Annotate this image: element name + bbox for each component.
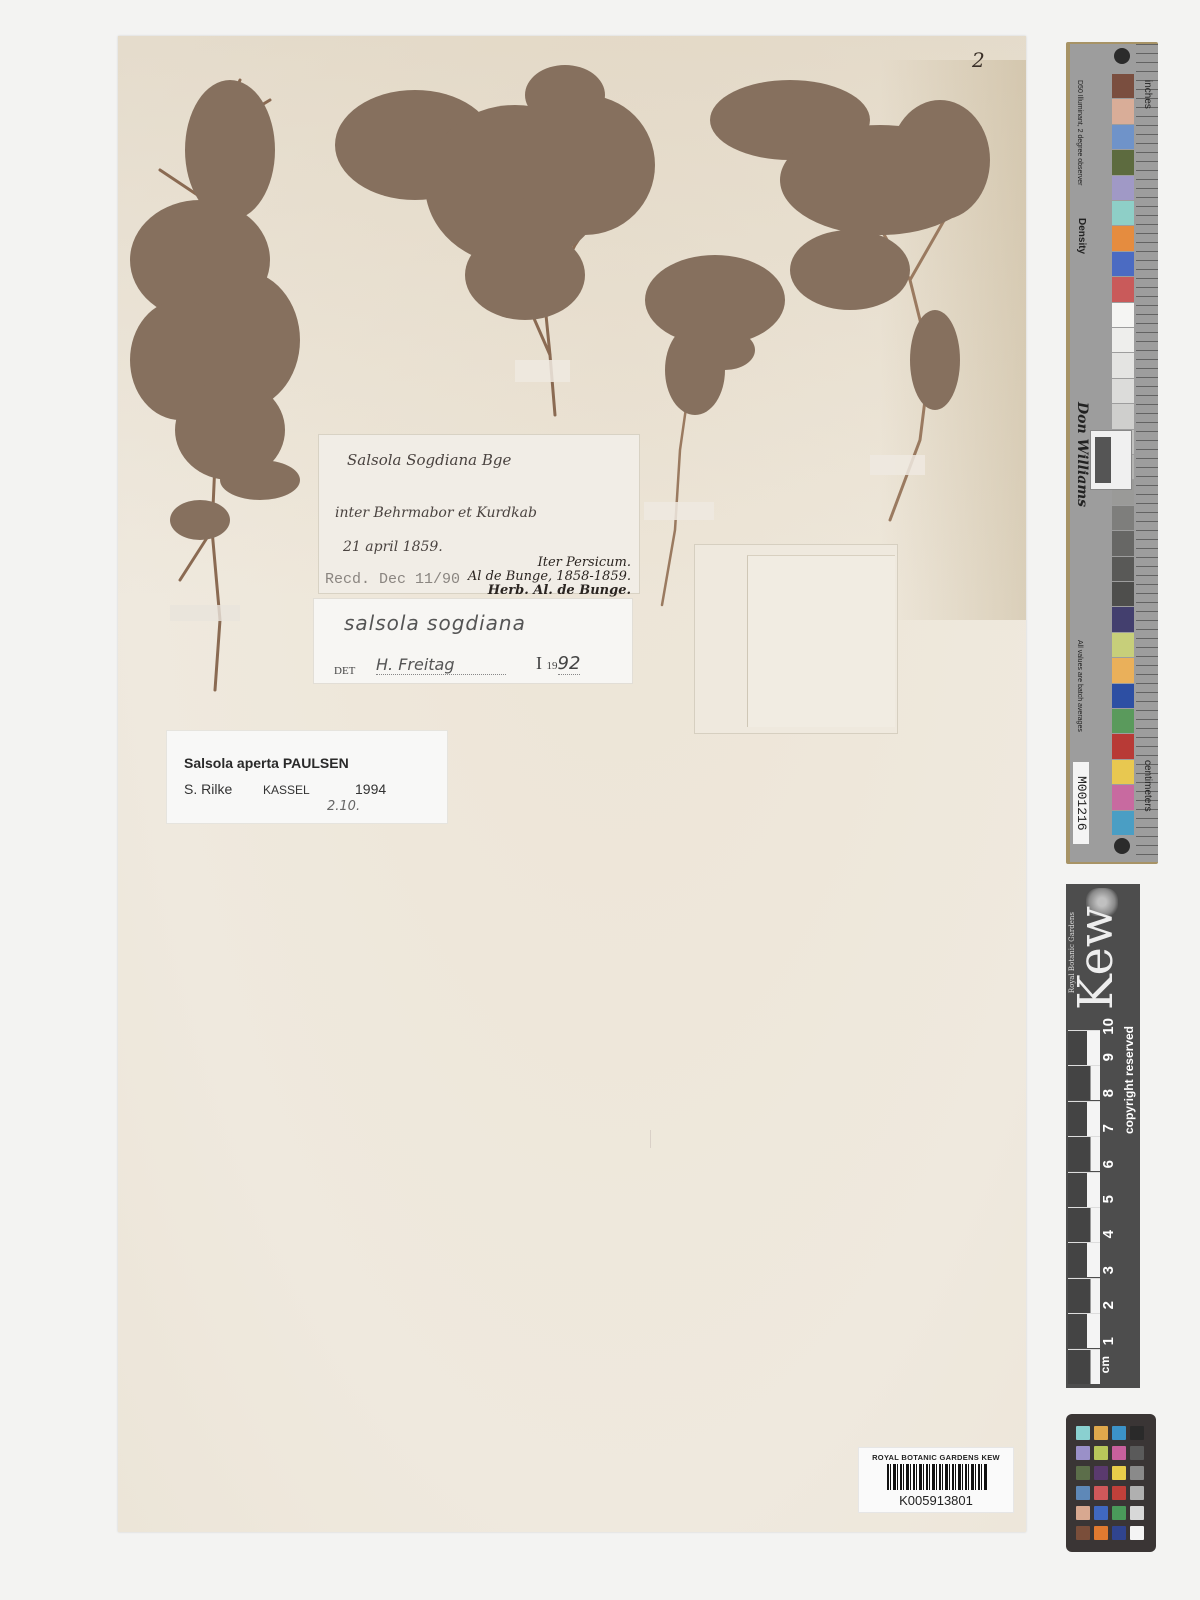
- color-swatch: [1112, 379, 1134, 403]
- original-collection-label: Salsola Sogdiana Bge inter Behrmabor et …: [318, 434, 640, 594]
- color-swatch: [1112, 734, 1134, 758]
- checker-patch: [1112, 1426, 1126, 1440]
- checker-patch: [1130, 1466, 1144, 1480]
- color-swatch: [1112, 99, 1134, 123]
- redet-note: 2.10.: [327, 799, 360, 814]
- barcode-label: ROYAL BOTANIC GARDENS KEW K005913801: [858, 1447, 1014, 1513]
- ruler-number: 4: [1100, 1230, 1120, 1238]
- color-swatch: [1112, 811, 1134, 835]
- color-swatch: [1112, 506, 1134, 530]
- checker-patch: [1076, 1446, 1090, 1460]
- checker-patch: [1094, 1486, 1108, 1500]
- checker-patch: [1130, 1526, 1144, 1540]
- det-date: I 1992: [536, 653, 580, 674]
- redet-place: KASSEL: [263, 783, 310, 797]
- scale-hole-bottom: [1114, 838, 1130, 854]
- checker-patch: [1076, 1526, 1090, 1540]
- color-swatch: [1112, 760, 1134, 784]
- kew-copyright: copyright reserved: [1122, 1026, 1136, 1134]
- fragment-packet: [694, 544, 898, 734]
- checker-patch: [1076, 1506, 1090, 1520]
- color-swatch: [1112, 353, 1134, 377]
- label-locality-handwritten: inter Behrmabor et Kurdkab: [335, 505, 537, 521]
- color-swatch: [1112, 658, 1134, 682]
- ruler-block: [1068, 1349, 1100, 1384]
- redet-determiner: S. Rilke: [184, 781, 232, 797]
- color-swatch: [1112, 252, 1134, 276]
- plant-specimen-right: [700, 60, 1000, 540]
- checker-patch: [1112, 1526, 1126, 1540]
- scale-ruler-ticks: [1136, 44, 1158, 862]
- ruler-block: [1068, 1207, 1100, 1242]
- label-taxon-handwritten: Salsola Sogdiana Bge: [347, 451, 511, 469]
- color-swatch: [1112, 404, 1134, 428]
- checker-patch: [1094, 1506, 1108, 1520]
- label-herbarium: Herb. Al. de Bunge.: [488, 583, 631, 598]
- ruler-number: 6: [1100, 1160, 1120, 1168]
- redetermination-label: Salsola aperta PAULSEN S. Rilke KASSEL 1…: [166, 730, 448, 824]
- ruler-block: [1068, 1172, 1100, 1207]
- checker-patch: [1130, 1506, 1144, 1520]
- ruler-number: 10: [1100, 1018, 1120, 1035]
- ruler-number: 1: [1100, 1337, 1120, 1345]
- kew-ruler-blocks: [1068, 1030, 1100, 1384]
- color-swatch: [1112, 176, 1134, 200]
- checker-patch: [1076, 1426, 1090, 1440]
- color-swatch: [1112, 607, 1134, 631]
- ruler-number: 7: [1100, 1124, 1120, 1132]
- color-swatch: [1112, 785, 1134, 809]
- barcode-number: K005913801: [859, 1493, 1013, 1508]
- checker-patch: [1112, 1506, 1126, 1520]
- det-determiner: H. Freitag: [376, 655, 506, 675]
- ruler-number: 3: [1100, 1266, 1120, 1274]
- kew-logo: Kew: [1072, 906, 1120, 1010]
- color-swatch: [1112, 684, 1134, 708]
- scale-id: M001216: [1073, 762, 1089, 844]
- ruler-number: 8: [1100, 1089, 1120, 1097]
- determination-label: salsola sogdiana DET H. Freitag I 1992: [313, 598, 633, 684]
- label-date-handwritten: 21 april 1859.: [343, 539, 443, 555]
- checker-patch: [1130, 1426, 1144, 1440]
- ruler-number: 9: [1100, 1053, 1120, 1061]
- checker-patch: [1094, 1466, 1108, 1480]
- color-swatch: [1112, 582, 1134, 606]
- checker-patch: [1094, 1426, 1108, 1440]
- redet-date: 1994: [355, 781, 386, 797]
- ruler-block: [1068, 1278, 1100, 1313]
- det-taxon-name: salsola sogdiana: [344, 611, 526, 635]
- checker-patch: [1130, 1486, 1144, 1500]
- barcode-icon: [887, 1464, 987, 1490]
- checker-patch: [1130, 1446, 1144, 1460]
- scale-footnote: All values are batch averages: [1076, 640, 1083, 732]
- det-year: 92: [558, 653, 581, 675]
- plant-specimen-center-top: [315, 55, 695, 425]
- ruler-block: [1068, 1313, 1100, 1348]
- scale-cm-label: centimeters: [1142, 760, 1153, 812]
- sheet-mark: [650, 1130, 651, 1148]
- color-swatch: [1112, 531, 1134, 555]
- scale-brand: Don Williams: [1074, 402, 1090, 507]
- checker-patch: [1112, 1466, 1126, 1480]
- scale-illuminant-note: D50 Illuminant, 2 degree observer: [1076, 80, 1083, 185]
- checker-patch: [1112, 1446, 1126, 1460]
- det-century: 19: [547, 660, 558, 672]
- ruler-block: [1068, 1101, 1100, 1136]
- ruler-number: 2: [1100, 1301, 1120, 1309]
- color-swatch: [1112, 277, 1134, 301]
- barcode-institution: ROYAL BOTANIC GARDENS KEW: [859, 1453, 1013, 1462]
- checker-patch: [1076, 1486, 1090, 1500]
- scale-resolution-target: [1090, 430, 1132, 490]
- label-collector: Al de Bunge, 1858-1859.: [468, 569, 631, 584]
- ruler-number: 5: [1100, 1195, 1120, 1203]
- checker-patch: [1112, 1486, 1126, 1500]
- checker-patch: [1094, 1446, 1108, 1460]
- redet-taxon-name: Salsola aperta PAULSEN: [184, 755, 349, 771]
- color-swatch: [1112, 226, 1134, 250]
- color-swatch: [1112, 557, 1134, 581]
- color-swatch: [1112, 201, 1134, 225]
- color-swatch: [1112, 74, 1134, 98]
- color-swatch: [1112, 125, 1134, 149]
- scale-inches-label: inches: [1142, 80, 1153, 109]
- color-swatch: [1112, 303, 1134, 327]
- checker-patch: [1094, 1526, 1108, 1540]
- label-expedition: Iter Persicum.: [538, 555, 631, 570]
- ruler-block: [1068, 1065, 1100, 1100]
- color-swatch: [1112, 709, 1134, 733]
- color-checker: [1066, 1414, 1156, 1552]
- scale-hole-top: [1114, 48, 1130, 64]
- scale-density-label: Density: [1076, 218, 1087, 254]
- color-swatch: [1112, 150, 1134, 174]
- ruler-block: [1068, 1242, 1100, 1277]
- received-stamp: Recd. Dec 11/90: [325, 571, 460, 588]
- det-month: I: [536, 653, 542, 673]
- color-swatch: [1112, 328, 1134, 352]
- checker-patch: [1076, 1466, 1090, 1480]
- packet-flap: [747, 555, 895, 727]
- ruler-block: [1068, 1136, 1100, 1171]
- kew-subtitle: Royal Botanic Gardens: [1068, 912, 1076, 993]
- kew-unit: cm: [1098, 1356, 1112, 1373]
- det-prefix: DET: [334, 665, 355, 677]
- color-swatch: [1112, 633, 1134, 657]
- ruler-block: [1068, 1030, 1100, 1065]
